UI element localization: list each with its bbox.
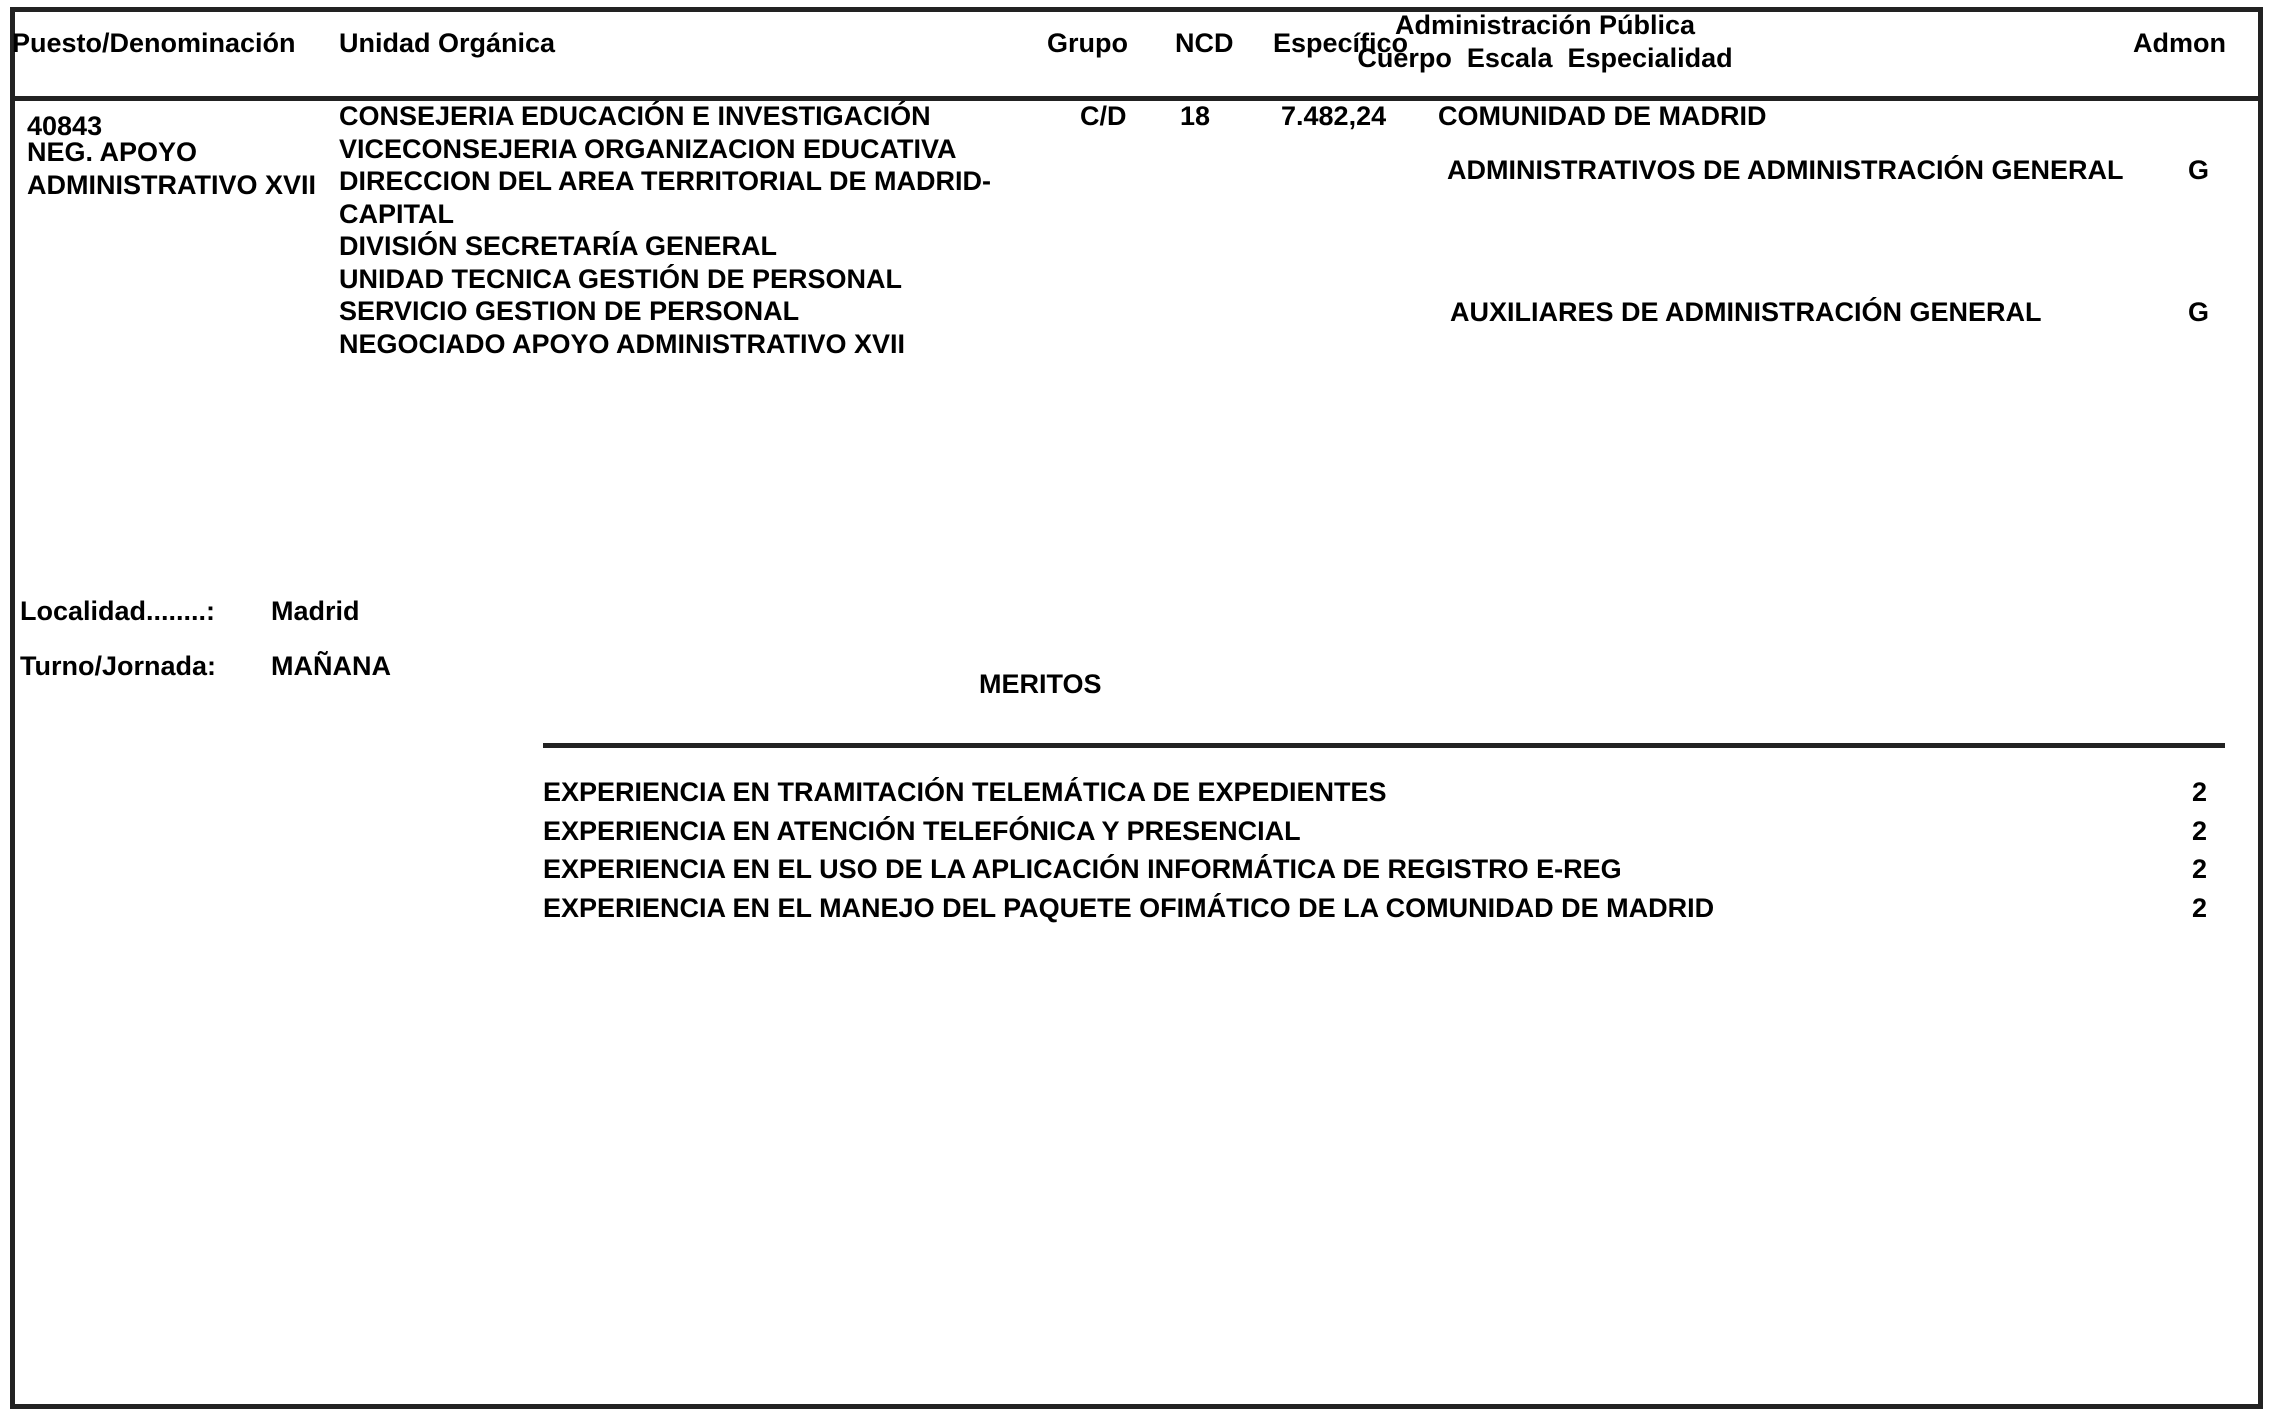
header-admon: Admon — [2133, 27, 2226, 60]
grupo-value: C/D — [1080, 100, 1127, 133]
header-grupo: Grupo — [1047, 27, 1128, 60]
administracion-value: COMUNIDAD DE MADRID — [1438, 100, 1766, 133]
merito-row: EXPERIENCIA EN ATENCIÓN TELEFÓNICA Y PRE… — [543, 816, 2207, 855]
merito-points: 2 — [2192, 854, 2207, 885]
merito-points: 2 — [2192, 816, 2207, 847]
turno-label: Turno/Jornada: — [20, 650, 216, 683]
puesto-denominacion-1: NEG. APOYO — [27, 136, 197, 169]
unidad-line: DIRECCION DEL AREA TERRITORIAL DE MADRID… — [339, 165, 991, 198]
header-admin-publica: Administración Pública — [1280, 9, 1810, 42]
merito-row: EXPERIENCIA EN TRAMITACIÓN TELEMÁTICA DE… — [543, 777, 2207, 816]
merito-label: EXPERIENCIA EN ATENCIÓN TELEFÓNICA Y PRE… — [543, 816, 1301, 847]
merito-row: EXPERIENCIA EN EL MANEJO DEL PAQUETE OFI… — [543, 893, 2207, 932]
merito-points: 2 — [2192, 893, 2207, 924]
header-cuerpo-escala: Cuerpo Escala Especialidad — [1280, 42, 1810, 75]
merito-points: 2 — [2192, 777, 2207, 808]
meritos-title: MERITOS — [979, 668, 1102, 701]
header-puesto: Puesto/Denominación — [12, 27, 296, 60]
cuerpo-admon: G — [2188, 296, 2209, 329]
turno-value: MAÑANA — [271, 650, 391, 683]
unidad-line: CAPITAL — [339, 198, 991, 231]
cuerpo-name: AUXILIARES DE ADMINISTRACIÓN GENERAL — [1450, 296, 2042, 329]
cuerpo-name: ADMINISTRATIVOS DE ADMINISTRACIÓN GENERA… — [1447, 154, 2124, 187]
unidad-line: SERVICIO GESTION DE PERSONAL — [339, 295, 991, 328]
unidad-line: DIVISIÓN SECRETARÍA GENERAL — [339, 230, 991, 263]
unidad-line: CONSEJERIA EDUCACIÓN E INVESTIGACIÓN — [339, 100, 991, 133]
header-unidad: Unidad Orgánica — [339, 27, 555, 60]
meritos-divider — [543, 743, 2225, 748]
unidad-line: VICECONSEJERIA ORGANIZACION EDUCATIVA — [339, 133, 991, 166]
merito-label: EXPERIENCIA EN TRAMITACIÓN TELEMÁTICA DE… — [543, 777, 1387, 808]
merito-row: EXPERIENCIA EN EL USO DE LA APLICACIÓN I… — [543, 854, 2207, 893]
especifico-value: 7.482,24 — [1281, 100, 1386, 133]
merito-label: EXPERIENCIA EN EL MANEJO DEL PAQUETE OFI… — [543, 893, 1714, 924]
unidad-line: UNIDAD TECNICA GESTIÓN DE PERSONAL — [339, 263, 991, 296]
unidad-organica: CONSEJERIA EDUCACIÓN E INVESTIGACIÓN VIC… — [339, 100, 991, 360]
localidad-value: Madrid — [271, 595, 360, 628]
merito-label: EXPERIENCIA EN EL USO DE LA APLICACIÓN I… — [543, 854, 1622, 885]
localidad-label: Localidad........: — [20, 595, 215, 628]
cuerpo-admon: G — [2188, 154, 2209, 187]
header-ncd: NCD — [1175, 27, 1234, 60]
puesto-denominacion-2: ADMINISTRATIVO XVII — [27, 169, 316, 202]
ncd-value: 18 — [1180, 100, 1210, 133]
unidad-line: NEGOCIADO APOYO ADMINISTRATIVO XVII — [339, 328, 991, 361]
